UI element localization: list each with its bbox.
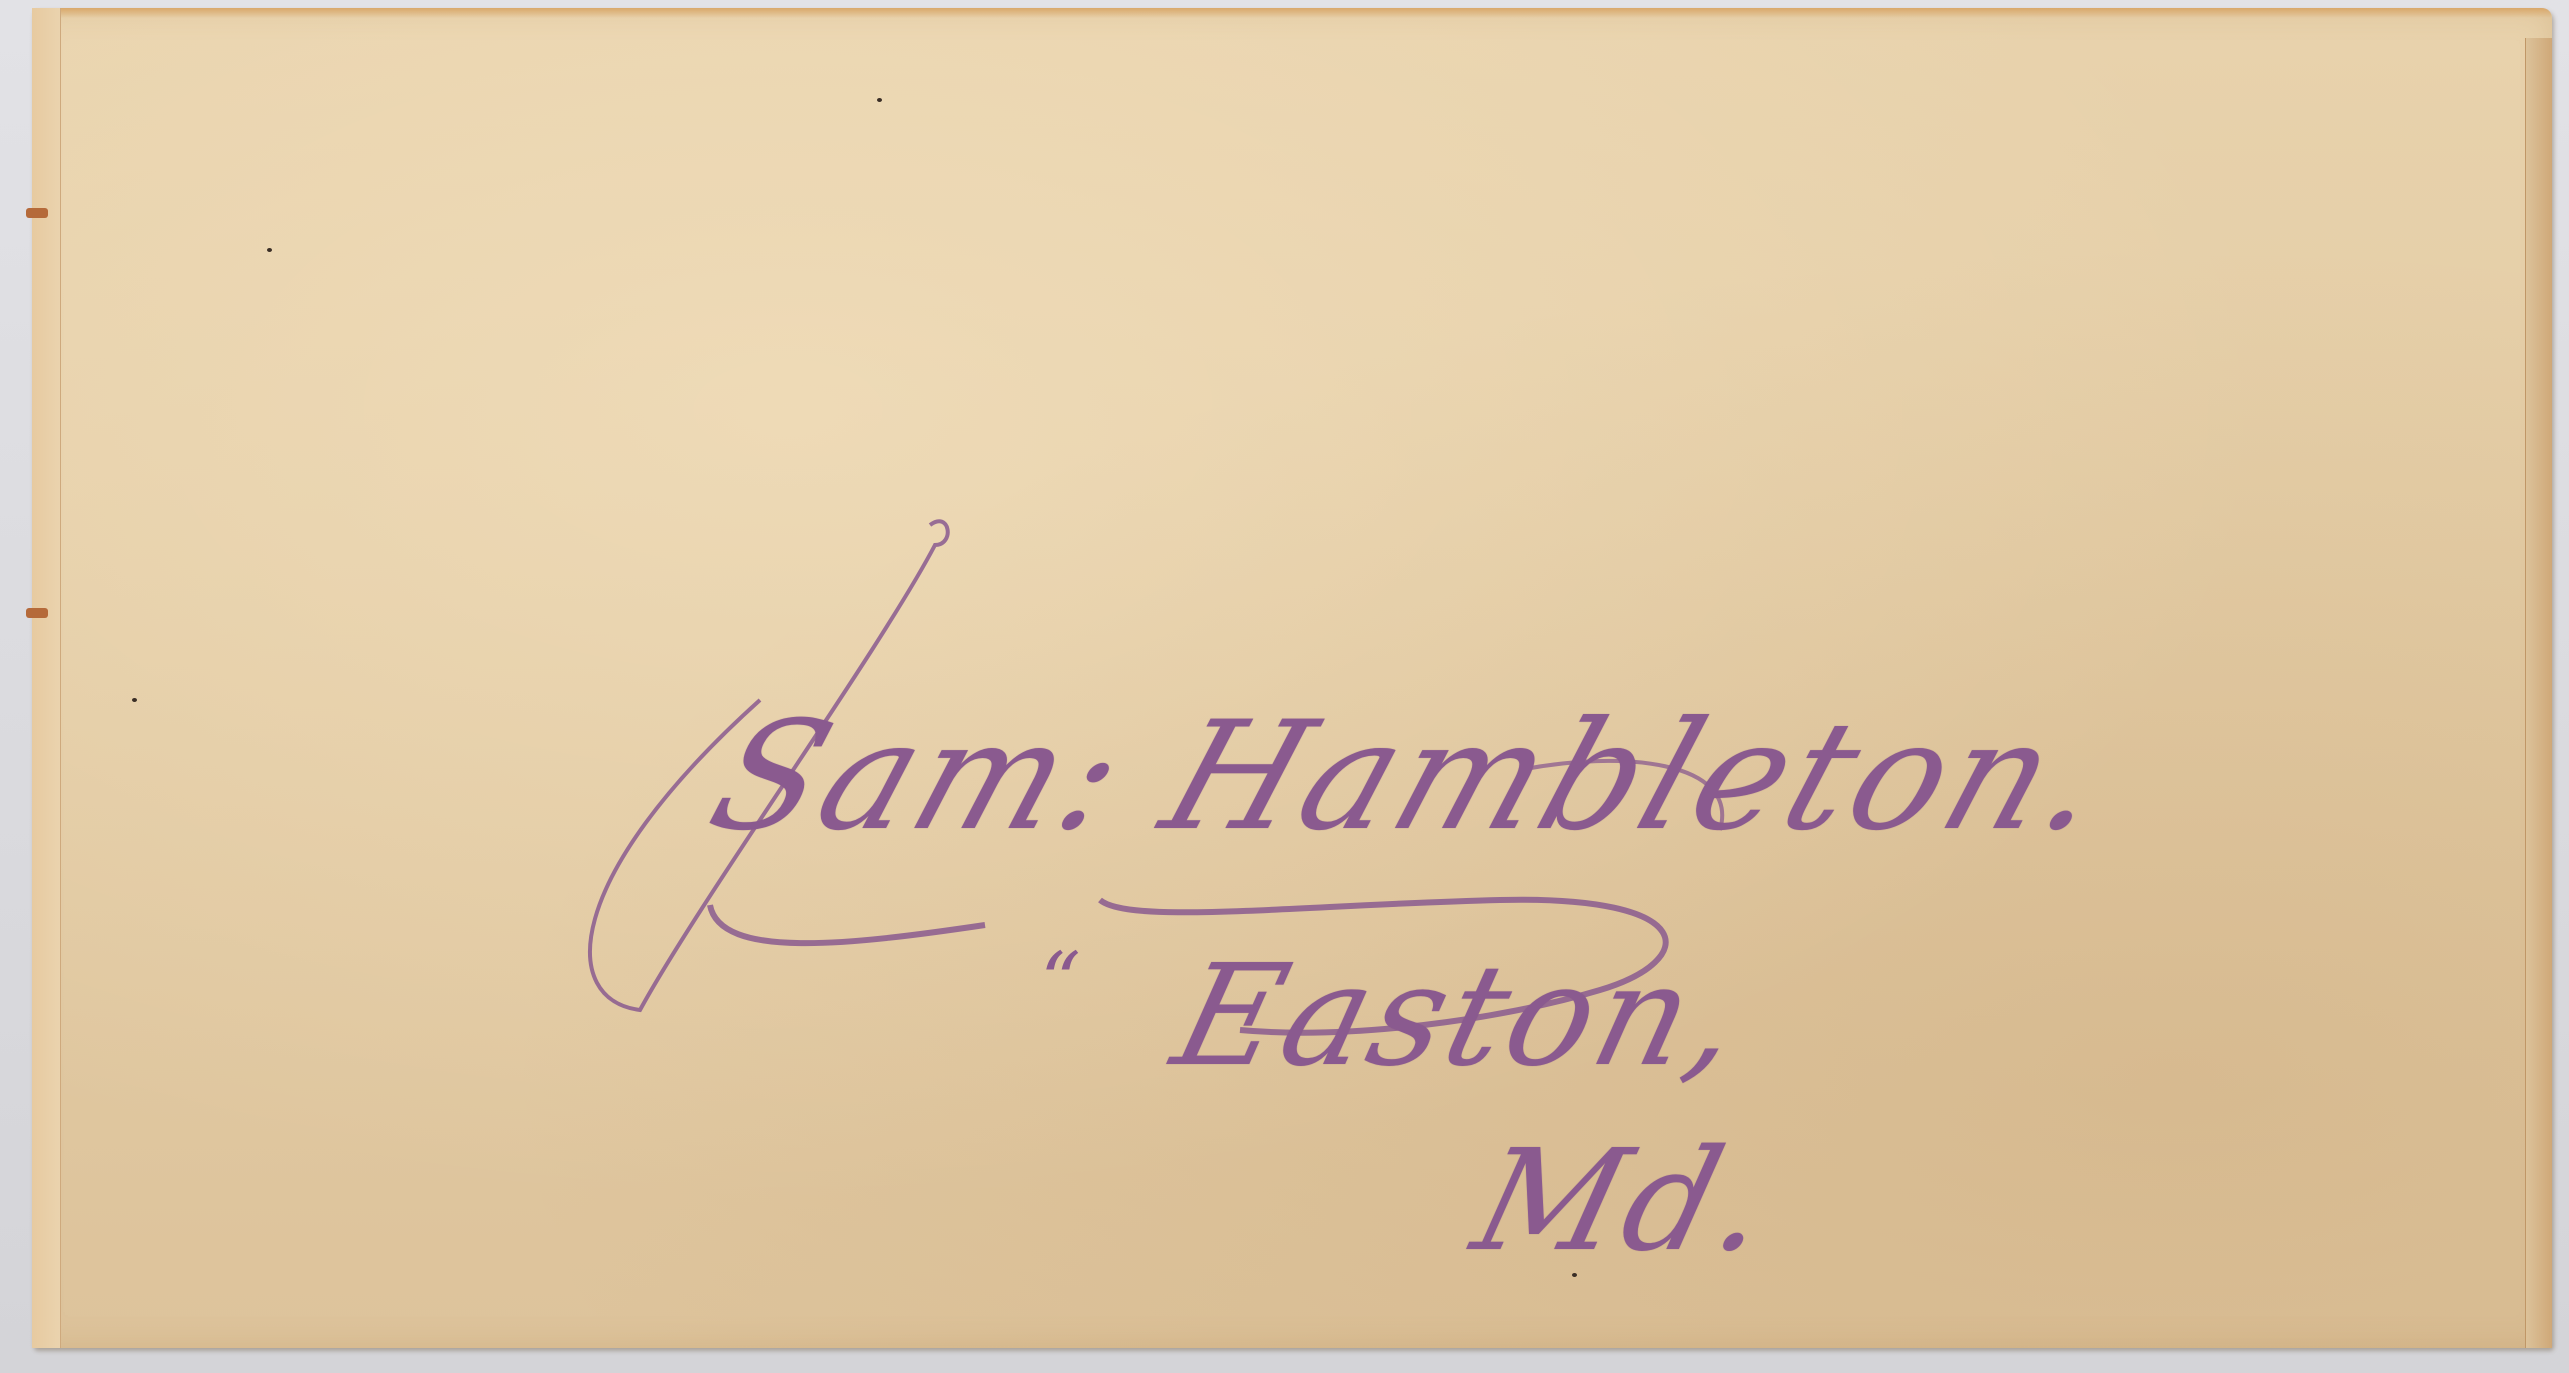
envelope xyxy=(32,8,2552,1348)
edge-tear xyxy=(26,208,48,218)
ditto-mark: “ xyxy=(1040,935,1081,1028)
paper-speck xyxy=(877,98,882,102)
address-state: Md. xyxy=(1460,1120,1790,1283)
paper-speck xyxy=(267,248,272,252)
envelope-top-edge xyxy=(32,8,2552,18)
edge-tear xyxy=(26,608,48,618)
address-city: Easton, xyxy=(1160,935,1761,1098)
paper-speck xyxy=(132,698,137,702)
addressee-name: Sam: Hambleton. xyxy=(692,690,2131,864)
envelope-right-fold xyxy=(2525,38,2552,1348)
